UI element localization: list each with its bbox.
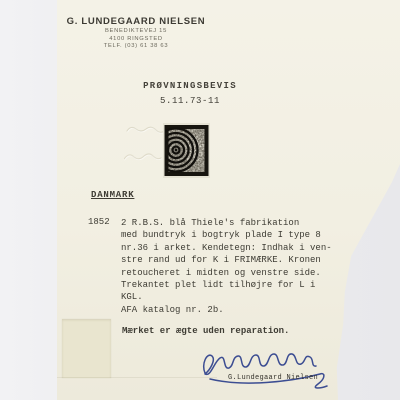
paper-patch [62, 319, 111, 378]
description-line: stre rand ud for K i FRIMÆRKE. Kronen [121, 254, 321, 266]
description-line: Trekantet plet lidt tilhøjre for L i [121, 279, 321, 291]
certificate-paper [0, 0, 400, 400]
letterhead: G. LUNDEGAARD NIELSEN BENEDIKTEVEJ 15 41… [30, 16, 242, 50]
description-line: med bundtryk i bogtryk plade I type 8 [121, 229, 321, 241]
document-title: PRØVNINGSBEVIS [57, 81, 323, 91]
letterhead-address-line2: 4100 RINGSTED [30, 36, 242, 43]
description-line: nr.36 i arket. Kendetegn: Indhak i ven- [121, 242, 321, 254]
scanned-certificate-page: G. LUNDEGAARD NIELSEN BENEDIKTEVEJ 15 41… [0, 0, 400, 400]
issue-year: 1852 [88, 217, 110, 227]
stamp-image [163, 123, 210, 178]
verdict-statement: Mærket er ægte uden reparation. [122, 326, 289, 336]
letterhead-phone: TELF. (03) 61 38 63 [30, 43, 242, 50]
description-paragraph: 2 R.B.S. blå Thiele's fabrikation med bu… [121, 217, 321, 316]
document-number: 5.11.73-11 [57, 96, 323, 106]
description-line: AFA katalog nr. 2b. [121, 304, 321, 316]
description-line: KGL. [121, 291, 321, 303]
country-heading: DANMARK [91, 190, 134, 200]
letterhead-name: G. LUNDEGAARD NIELSEN [30, 16, 242, 27]
signature-typed-name: G.Lundegaard Nielsen [228, 374, 318, 382]
handwritten-signature [198, 342, 333, 396]
letterhead-address-line1: BENEDIKTEVEJ 15 [30, 28, 242, 35]
description-line: 2 R.B.S. blå Thiele's fabrikation [121, 217, 321, 229]
description-line: retoucheret i midten og venstre side. [121, 267, 321, 279]
paper-crease [57, 377, 217, 378]
